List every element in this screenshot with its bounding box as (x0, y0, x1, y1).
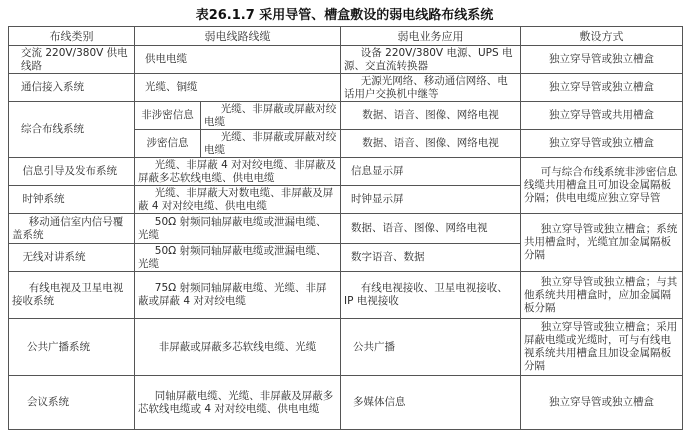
cell-cable: 光缆、非屏蔽 4 对对绞电缆、非屏蔽及屏蔽多芯软线电缆、供电电缆 (135, 158, 341, 186)
cell-method: 独立穿导管或独立槽盒；采用屏蔽电缆或光缆时，可与有线电视系统共用槽盒且加设金属隔… (521, 319, 683, 376)
cell-category: 交流 220V/380V 供电线路 (9, 46, 135, 74)
cell-method: 独立穿导管或独立槽盒 (521, 46, 683, 74)
cell-application: 信息显示屏 (341, 158, 521, 186)
cell-cable: 光缆、非屏蔽或屏蔽对绞电缆 (201, 130, 341, 158)
cell-cable: 光缆、非屏蔽或屏蔽对绞电缆 (201, 102, 341, 130)
cell-method-merged: 独立穿导管或独立槽盒；系统共用槽盒时，光缆宜加金属隔板分隔 (521, 214, 683, 272)
cell-category: 时钟系统 (9, 186, 135, 214)
cell-cable: 75Ω 射频同轴屏蔽电缆、光缆、非屏蔽或屏蔽 4 对对绞电缆 (135, 272, 341, 319)
cell-category: 移动通信室内信号覆盖系统 (9, 214, 135, 244)
cell-application: 无源光网络、移动通信网络、电话用户交换机中继等 (341, 74, 521, 102)
cell-cable: 光缆、铜缆 (135, 74, 341, 102)
cell-cable: 同轴屏蔽电缆、光缆、非屏蔽及屏蔽多芯软线电缆或 4 对对绞电缆、供电电缆 (135, 376, 341, 430)
cell-method: 独立穿导管或独立槽盒 (521, 74, 683, 102)
cell-category: 无线对讲系统 (9, 244, 135, 272)
cell-category: 有线电视及卫星电视接收系统 (9, 272, 135, 319)
cell-cable: 供电电缆 (135, 46, 341, 74)
cell-info-type: 涉密信息 (135, 130, 201, 158)
cell-method: 独立穿导管或独立槽盒 (521, 130, 683, 158)
table-row: 公共广播系统 非屏蔽或屏蔽多芯软线电缆、光缆 公共广播 独立穿导管或独立槽盒；采… (9, 319, 683, 376)
cell-application: 数据、语音、图像、网络电视 (341, 214, 521, 244)
cell-method: 独立穿导管或共用槽盒 (521, 102, 683, 130)
cell-method-merged: 可与综合布线系统非涉密信息线缆共用槽盒且可加设金属隔板分隔；供电电缆应独立穿导管 (521, 158, 683, 214)
table-title: 表26.1.7 采用导管、槽盒敷设的弱电线路布线系统 (0, 4, 689, 23)
cell-application: 有线电视接收、卫星电视接收、IP 电视接收 (341, 272, 521, 319)
cell-category: 公共广播系统 (9, 319, 135, 376)
table-row: 通信接入系统 光缆、铜缆 无源光网络、移动通信网络、电话用户交换机中继等 独立穿… (9, 74, 683, 102)
header-cable: 弱电线路线缆 (135, 27, 341, 46)
cell-application: 公共广播 (341, 319, 521, 376)
table-header-row: 布线类别 弱电线路线缆 弱电业务应用 敷设方式 (9, 27, 683, 46)
table-row: 移动通信室内信号覆盖系统 50Ω 射频同轴屏蔽电缆或泄漏电缆、光缆 数据、语音、… (9, 214, 683, 244)
table-row: 信息引导及发布系统 光缆、非屏蔽 4 对对绞电缆、非屏蔽及屏蔽多芯软线电缆、供电… (9, 158, 683, 186)
cell-cable: 光缆、非屏蔽大对数电缆、非屏蔽及屏蔽 4 对对绞电缆、供电电缆 (135, 186, 341, 214)
cell-cable: 非屏蔽或屏蔽多芯软线电缆、光缆 (135, 319, 341, 376)
table-row: 综合布线系统 非涉密信息 光缆、非屏蔽或屏蔽对绞电缆 数据、语音、图像、网络电视… (9, 102, 683, 130)
table-row: 会议系统 同轴屏蔽电缆、光缆、非屏蔽及屏蔽多芯软线电缆或 4 对对绞电缆、供电电… (9, 376, 683, 430)
cell-method: 独立穿导管或独立槽盒 (521, 376, 683, 430)
cell-category: 综合布线系统 (9, 102, 135, 158)
cell-application: 数字语音、数据 (341, 244, 521, 272)
cell-info-type: 非涉密信息 (135, 102, 201, 130)
cell-category: 通信接入系统 (9, 74, 135, 102)
table-row: 交流 220V/380V 供电线路 供电电缆 设备 220V/380V 电源、U… (9, 46, 683, 74)
cabling-table: 布线类别 弱电线路线缆 弱电业务应用 敷设方式 交流 220V/380V 供电线… (8, 26, 683, 430)
cell-method: 独立穿导管或独立槽盒；与其他系统共用槽盒时，应加金属隔板分隔 (521, 272, 683, 319)
cell-cable: 50Ω 射频同轴屏蔽电缆或泄漏电缆、光缆 (135, 244, 341, 272)
table-row: 有线电视及卫星电视接收系统 75Ω 射频同轴屏蔽电缆、光缆、非屏蔽或屏蔽 4 对… (9, 272, 683, 319)
header-method: 敷设方式 (521, 27, 683, 46)
cell-application: 设备 220V/380V 电源、UPS 电源、交直流转换器 (341, 46, 521, 74)
cell-application: 多媒体信息 (341, 376, 521, 430)
cell-application: 数据、语音、图像、网络电视 (341, 102, 521, 130)
header-category: 布线类别 (9, 27, 135, 46)
cell-application: 数据、语音、图像、网络电视 (341, 130, 521, 158)
cell-category: 会议系统 (9, 376, 135, 430)
header-application: 弱电业务应用 (341, 27, 521, 46)
cell-cable: 50Ω 射频同轴屏蔽电缆或泄漏电缆、光缆 (135, 214, 341, 244)
cell-application: 时钟显示屏 (341, 186, 521, 214)
cell-category: 信息引导及发布系统 (9, 158, 135, 186)
